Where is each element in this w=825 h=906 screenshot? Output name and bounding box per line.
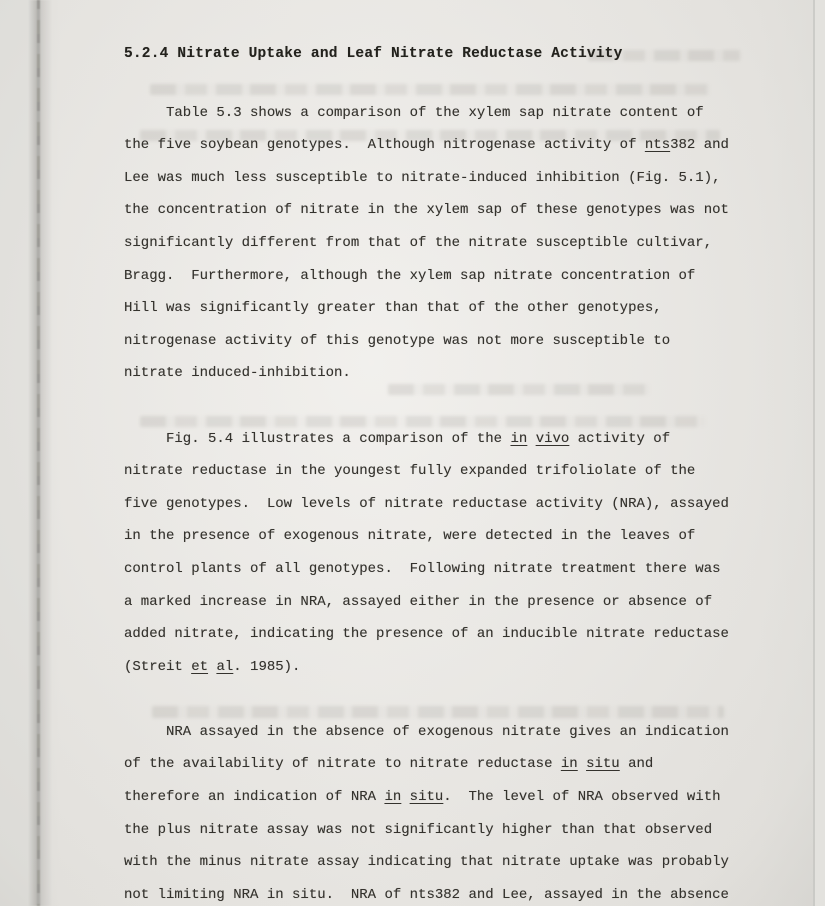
section-heading: 5.2.4 Nitrate Uptake and Leaf Nitrate Re… [124,38,774,71]
text-line: not limiting NRA in situ. NRA of nts382 … [124,879,774,906]
text-line: the concentration of nitrate in the xyle… [124,194,774,227]
text-line: Table 5.3 shows a comparison of the xyle… [124,97,774,130]
body-text: Table 5.3 shows a comparison of the xyle… [124,97,774,906]
text-line: nitrate reductase in the youngest fully … [124,455,774,488]
text-line: (Streit et al. 1985). [124,651,774,684]
text-line: the plus nitrate assay was not significa… [124,814,774,847]
text-line: Fig. 5.4 illustrates a comparison of the… [124,423,774,456]
binding-seam [28,0,52,906]
text-line: nitrogenase activity of this genotype wa… [124,325,774,358]
text-line: in the presence of exogenous nitrate, we… [124,520,774,553]
binding-seam-line [37,0,40,906]
text-line: significantly different from that of the… [124,227,774,260]
paragraph: NRA assayed in the absence of exogenous … [124,716,774,906]
text-line: Bragg. Furthermore, although the xylem s… [124,260,774,293]
paragraph: Table 5.3 shows a comparison of the xyle… [124,97,774,390]
text-line: added nitrate, indicating the presence o… [124,618,774,651]
text-line: five genotypes. Low levels of nitrate re… [124,488,774,521]
text-line: of the availability of nitrate to nitrat… [124,748,774,781]
text-line: nitrate induced-inhibition. [124,357,774,390]
text-line: the five soybean genotypes. Although nit… [124,129,774,162]
text-line: Lee was much less susceptible to nitrate… [124,162,774,195]
text-line: control plants of all genotypes. Followi… [124,553,774,586]
page-margin-right [815,0,825,906]
text-line: Hill was significantly greater than that… [124,292,774,325]
text-line: a marked increase in NRA, assayed either… [124,586,774,619]
text-line: therefore an indication of NRA in situ. … [124,781,774,814]
typed-content: 5.2.4 Nitrate Uptake and Leaf Nitrate Re… [124,38,774,906]
paragraph: Fig. 5.4 illustrates a comparison of the… [124,423,774,684]
text-line: NRA assayed in the absence of exogenous … [124,716,774,749]
scanned-page: 5.2.4 Nitrate Uptake and Leaf Nitrate Re… [0,0,825,906]
text-line: with the minus nitrate assay indicating … [124,846,774,879]
